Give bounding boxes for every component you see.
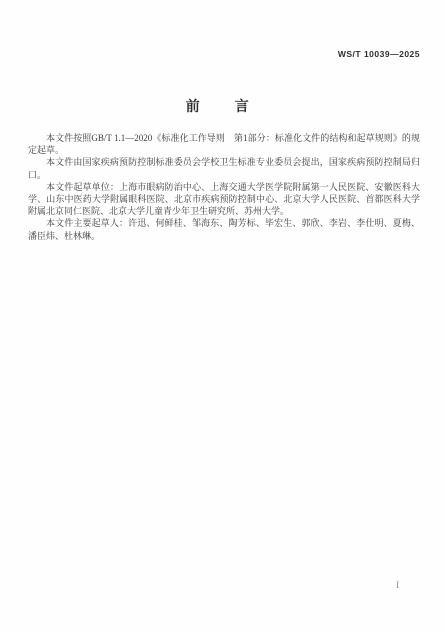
foreword-body: 本文件按照GB/T 1.1—2020《标准化工作导则 第1部分：标准化文件的结构… xyxy=(28,132,420,242)
standard-document-page: WS/T 10039—2025 前 言 本文件按照GB/T 1.1—2020《标… xyxy=(0,0,445,632)
foreword-title: 前 言 xyxy=(0,96,445,116)
paragraph-proposing-body: 本文件由国家疾病预防控制标准委员会学校卫生标准专业委员会提出，国家疾病预防控制局… xyxy=(28,156,420,180)
paragraph-drafting-rule: 本文件按照GB/T 1.1—2020《标准化工作导则 第1部分：标准化文件的结构… xyxy=(28,132,420,156)
paragraph-main-drafters: 本文件主要起草人：许迅、何鲜桂、邹海东、陶芳标、毕宏生、郭欣、李岩、李仕明、夏梅… xyxy=(28,217,420,241)
page-number: I xyxy=(396,580,399,590)
paragraph-drafting-organizations: 本文件起草单位：上海市眼病防治中心、上海交通大学医学院附属第一人民医院、安徽医科… xyxy=(28,181,420,218)
document-number: WS/T 10039—2025 xyxy=(338,49,420,59)
